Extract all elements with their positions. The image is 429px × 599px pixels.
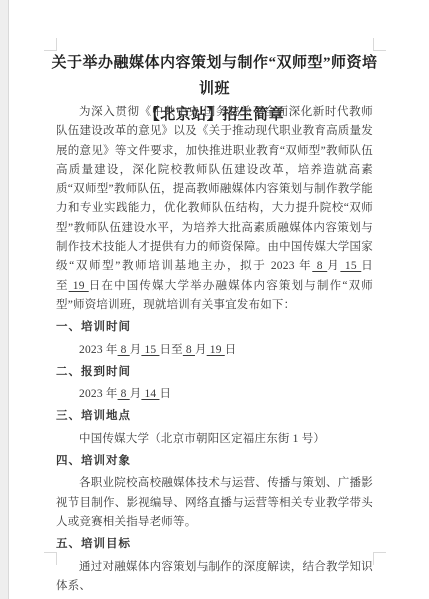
- fill-in-blank-value: 8: [183, 344, 195, 356]
- document-title-line-1: 关于举办融媒体内容策划与制作“双师型”师资培训班: [50, 50, 379, 102]
- training-time: 2023 年 8 月 15 日至 8 月 19 日: [56, 341, 373, 360]
- text-segment: 日在中国传媒大学举办融媒体内容策划与制作“双师型”师资培训班，现就培训有关事宜发…: [56, 280, 373, 311]
- text-segment: 一、培训时间: [56, 321, 131, 333]
- page-number: 1 / 6: [0, 564, 429, 573]
- text-segment: 月: [130, 344, 142, 356]
- training-audience: 各职业院校高校融媒体技术与运营、传播与策划、广播影视节目制作、影视编导、网络直播…: [56, 474, 373, 532]
- section-heading-5: 五、培训目标: [56, 535, 373, 554]
- text-segment: 四、培训对象: [56, 455, 131, 467]
- text-segment: 为深入贯彻《中共中央 国务院关于全面深化新时代教师队伍建设改革的意见》以及《关于…: [56, 106, 373, 272]
- text-segment: 中国传媒大学（北京市朝阳区定福庄东街 1 号）: [79, 433, 325, 445]
- document-page: 关于举办融媒体内容策划与制作“双师型”师资培训班 【北京站】招生简章 为深入贯彻…: [0, 0, 429, 599]
- intro-paragraph: 为深入贯彻《中共中央 国务院关于全面深化新时代教师队伍建设改革的意见》以及《关于…: [56, 103, 373, 315]
- text-segment: 月: [130, 388, 142, 400]
- section-heading-4: 四、培训对象: [56, 452, 373, 471]
- text-segment: 日: [159, 388, 171, 400]
- fill-in-blank-value: 8: [118, 388, 130, 400]
- section-heading-3: 三、培训地点: [56, 407, 373, 426]
- text-segment: 2023 年: [79, 344, 118, 356]
- text-segment: 日至: [159, 344, 182, 356]
- text-segment: 二、报到时间: [56, 366, 131, 378]
- text-segment: 各职业院校高校融媒体技术与运营、传播与策划、广播影视节目制作、影视编导、网络直播…: [56, 477, 373, 528]
- text-segment: 月: [195, 344, 207, 356]
- fill-in-blank-value: 15: [340, 260, 361, 272]
- text-segment: 三、培训地点: [56, 410, 131, 422]
- text-segment: 五、培训目标: [56, 538, 131, 550]
- fill-in-blank-value: 8: [312, 260, 327, 272]
- fill-in-blank-value: 19: [69, 280, 89, 292]
- section-heading-1: 一、培训时间: [56, 318, 373, 337]
- fill-in-blank-value: 14: [141, 388, 159, 400]
- registration-time: 2023 年 8 月 14 日: [56, 385, 373, 404]
- training-location: 中国传媒大学（北京市朝阳区定福庄东街 1 号）: [56, 430, 373, 449]
- section-heading-2: 二、报到时间: [56, 363, 373, 382]
- fill-in-blank-value: 15: [141, 344, 159, 356]
- page-left-edge: [0, 0, 9, 599]
- fill-in-blank-value: 8: [118, 344, 130, 356]
- fill-in-blank-value: 19: [207, 344, 225, 356]
- text-segment: 月: [327, 260, 340, 272]
- document-body: 为深入贯彻《中共中央 国务院关于全面深化新时代教师队伍建设改革的意见》以及《关于…: [56, 103, 373, 596]
- text-segment: 日: [225, 344, 237, 356]
- text-segment: 2023 年: [79, 388, 118, 400]
